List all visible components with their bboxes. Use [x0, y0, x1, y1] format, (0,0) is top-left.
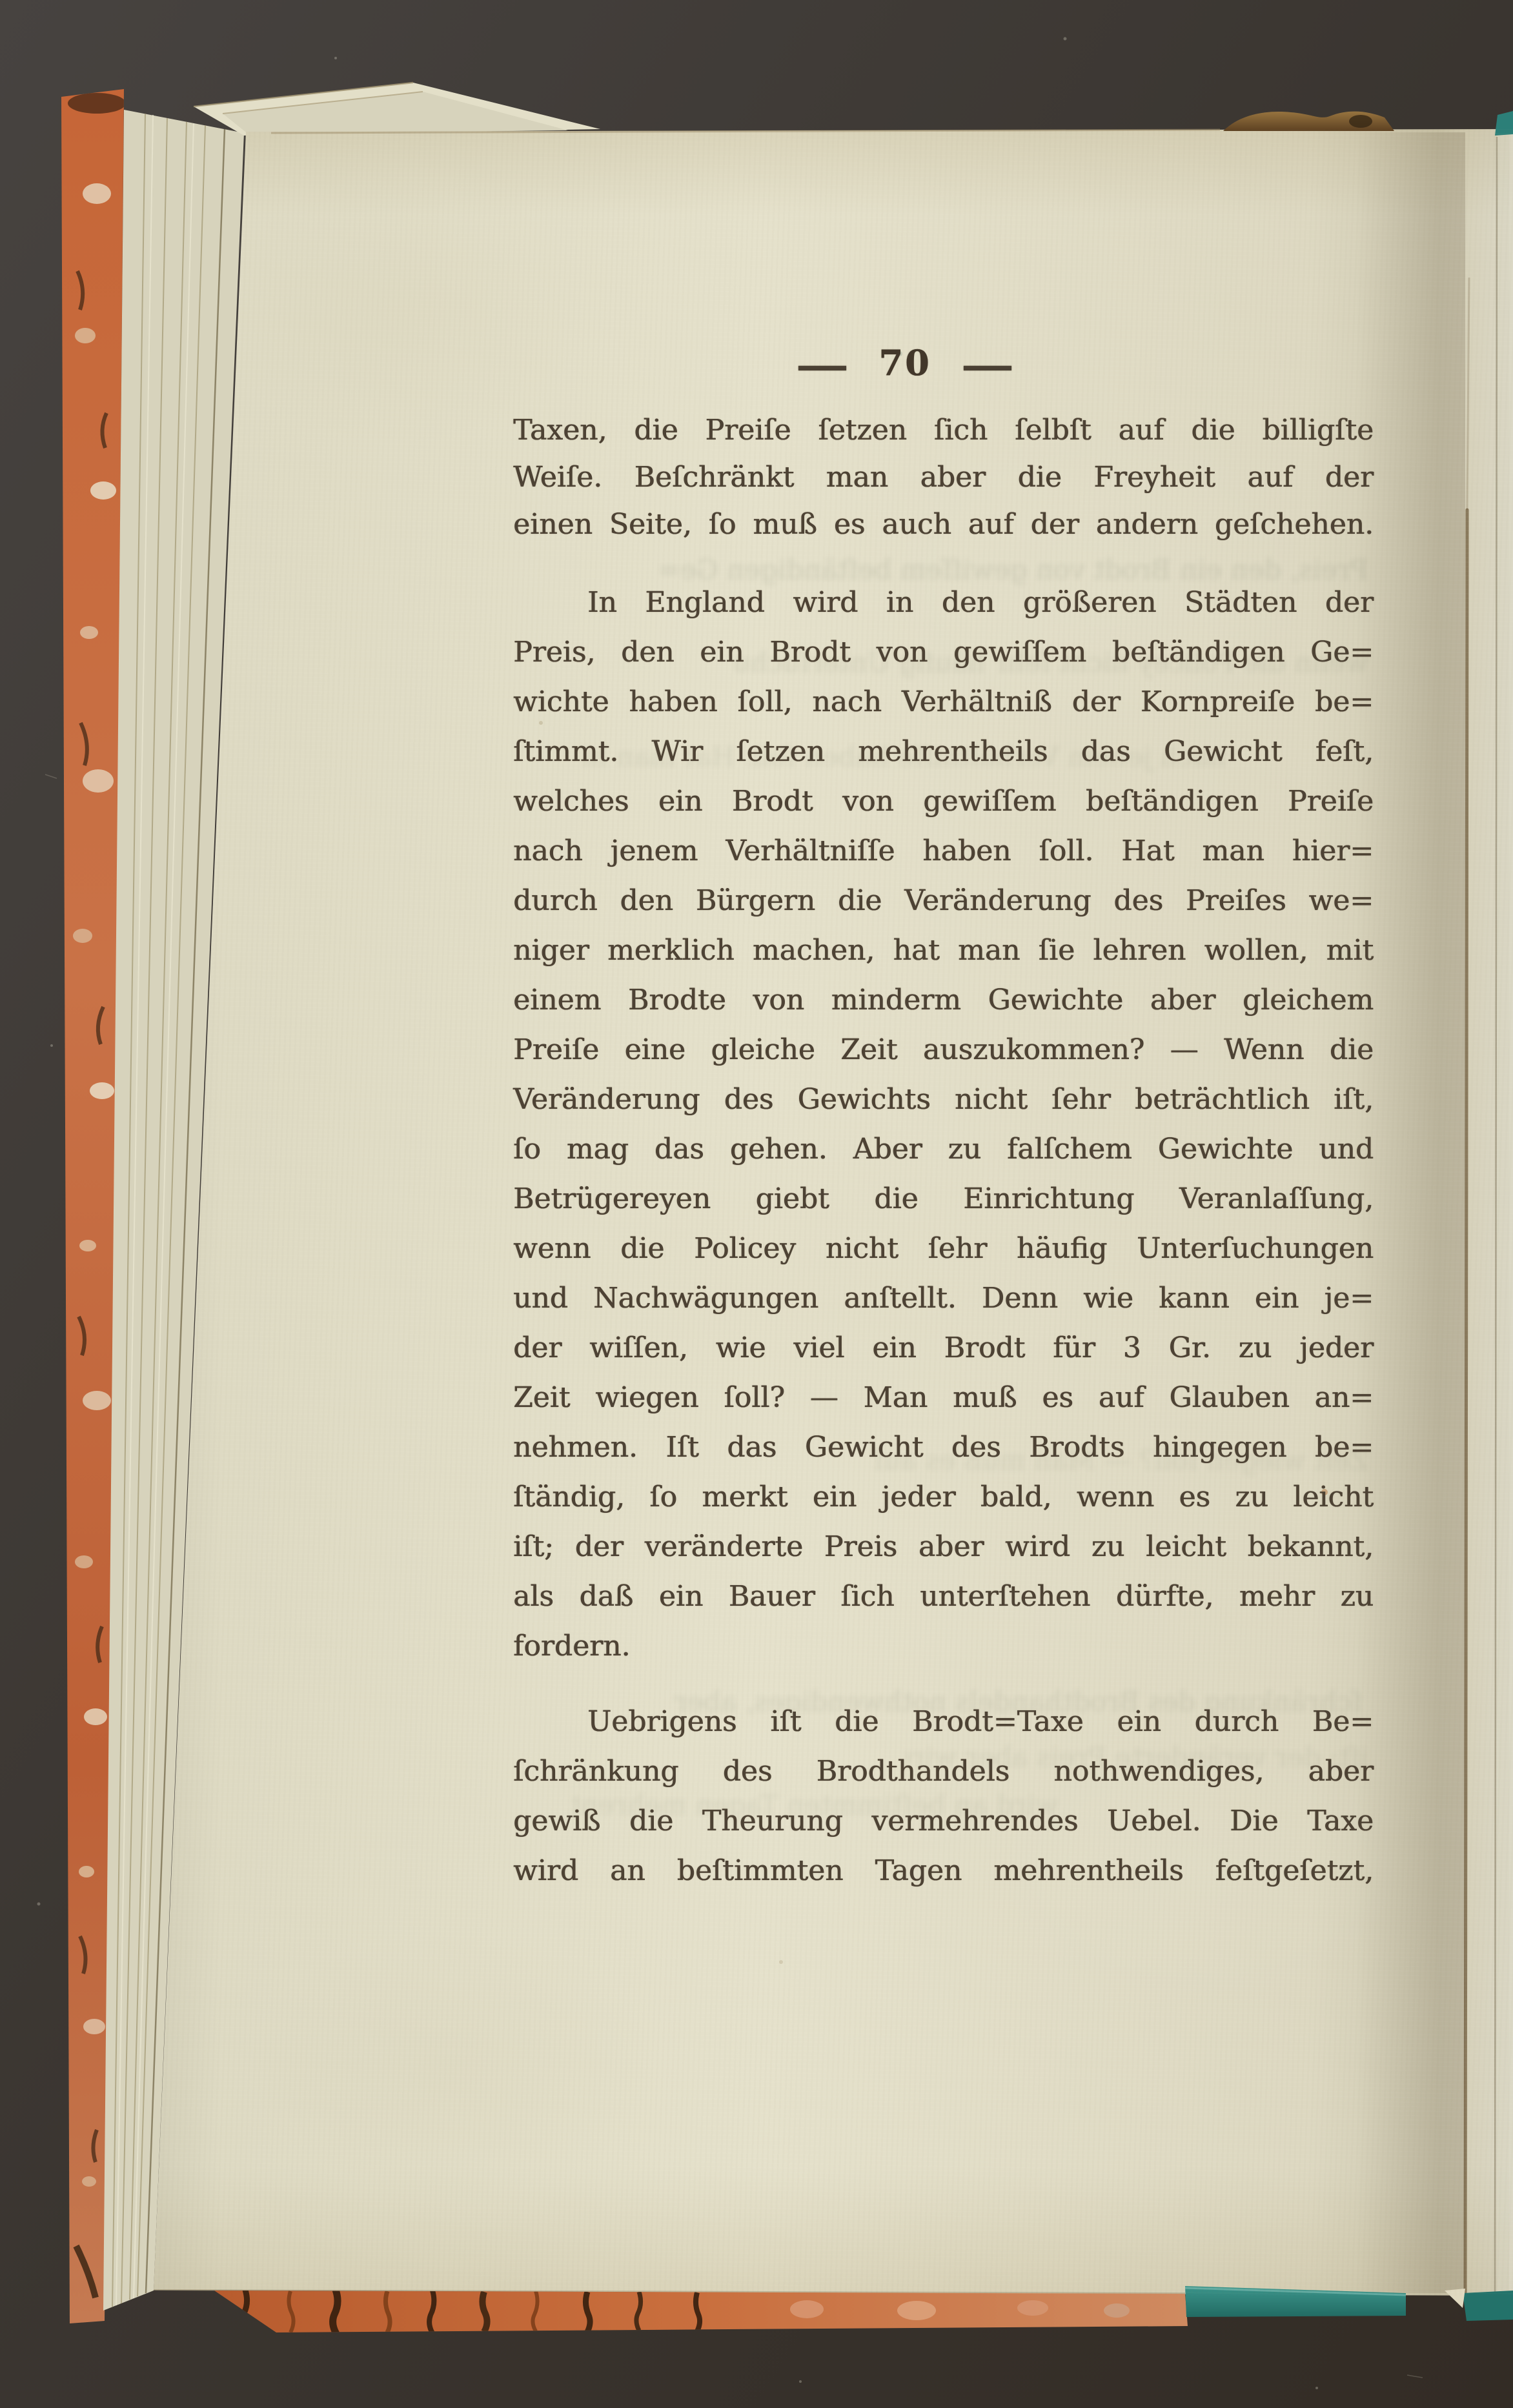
text-line: Preiſe eine gleiche Zeit auszukommen? — … [513, 1025, 1374, 1075]
binding-crease [1465, 510, 1467, 2293]
text-line: fordern. [513, 1621, 1374, 1671]
text-line: wird an beſtimmten Tagen mehrentheils fe… [513, 1846, 1374, 1896]
text-line: ſchränkung des Brodthandels nothwendiges… [513, 1746, 1374, 1796]
text-line: gewiß die Theurung vermehrendes Uebel. D… [513, 1796, 1374, 1846]
header-rule-left: — [797, 321, 849, 404]
text-line: Uebrigens iſt die Brodt=Taxe ein durch B… [513, 1697, 1374, 1746]
text-line: Taxen, die Preiſe ſetzen ſich ſelbſt auf… [513, 407, 1374, 454]
text-line: Veränderung des Gewichts nicht ſehr betr… [513, 1075, 1374, 1124]
header-rule-right: — [961, 321, 1013, 404]
text-line: welches ein Brodt von gewiſſem beſtändig… [513, 776, 1374, 826]
text-line: der wiſſen, wie viel ein Brodt für 3 Gr.… [513, 1323, 1374, 1373]
text-line: ſtändig, ſo merkt ein jeder bald, wenn e… [513, 1472, 1374, 1522]
book-scan: Preis, den ein Brodt von gewiſſem beſtän… [0, 0, 1513, 2408]
text-line: Weiſe. Beſchränkt man aber die Freyheit … [513, 454, 1374, 501]
text-line: Zeit wiegen ſoll? — Man muß es auf Glaub… [513, 1373, 1374, 1422]
text-line: niger merklich machen, hat man ſie lehre… [513, 926, 1374, 975]
text-line: wichte haben ſoll, nach Verhältniß der K… [513, 677, 1374, 727]
text-line: ſtimmt. Wir ſetzen mehrentheils das Gewi… [513, 727, 1374, 776]
text-line: einen Seite, ſo muß es auch auf der ande… [513, 501, 1374, 548]
text-line: einem Brodte von minderm Gewichte aber g… [513, 975, 1374, 1025]
page-header: — 70 — [452, 337, 1358, 389]
text-line: nach jenem Verhältniſſe haben ſoll. Hat … [513, 826, 1374, 876]
text-line: nehmen. Iſt das Gewicht des Brodts hinge… [513, 1422, 1374, 1472]
text-line: als daß ein Bauer ſich unterſtehen dürft… [513, 1572, 1374, 1621]
text-line: ſo mag das gehen. Aber zu falſchem Gewic… [513, 1124, 1374, 1174]
text-line: und Nachwägungen anſtellt. Denn wie kann… [513, 1273, 1374, 1323]
text-line: durch den Bürgern die Veränderung des Pr… [513, 876, 1374, 926]
paragraph-1: Taxen, die Preiſe ſetzen ſich ſelbſt auf… [513, 407, 1374, 548]
text-line: wenn die Policey nicht ſehr häufig Unter… [513, 1224, 1374, 1273]
paragraph-3: Uebrigens iſt die Brodt=Taxe ein durch B… [513, 1697, 1374, 1896]
text-line: Preis, den ein Brodt von gewiſſem beſtän… [513, 627, 1374, 677]
text-line: In England wird in den größeren Städten … [513, 578, 1374, 627]
text-line: Betrügereyen giebt die Einrichtung Veran… [513, 1174, 1374, 1224]
paragraph-2: In England wird in den größeren Städten … [513, 578, 1374, 1671]
text-line: iſt; der veränderte Preis aber wird zu l… [513, 1522, 1374, 1572]
page-number: 70 [878, 342, 931, 383]
